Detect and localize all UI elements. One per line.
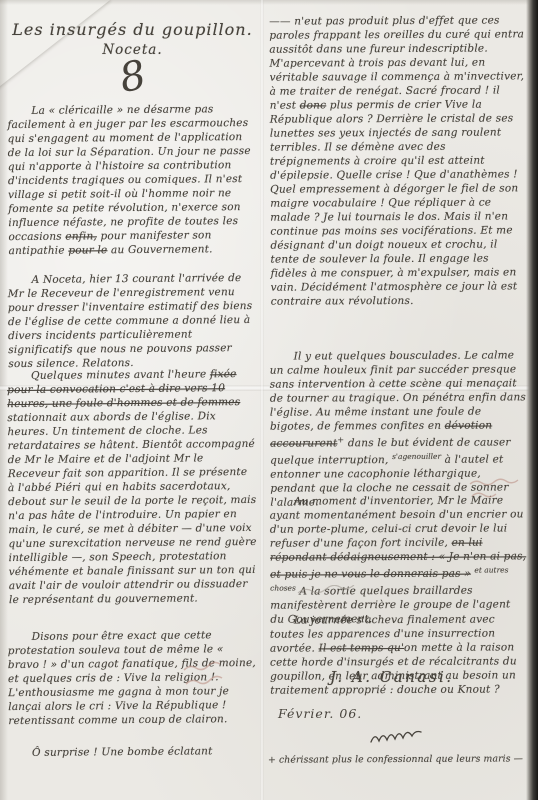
paragraph-text: La « cléricaille » ne désarme pas facile… <box>7 103 250 243</box>
paragraph-text: Au moment d'inventorier, Mr le Maire aya… <box>270 494 524 549</box>
crease-vertical <box>260 0 264 800</box>
paragraph-text: Quelques minutes avant l'heure <box>31 368 210 382</box>
paragraph-text: plus permis de crier Vive la République … <box>270 99 519 308</box>
struck-text: enfin, <box>65 230 97 242</box>
scan-edge-shadow <box>526 0 538 800</box>
manuscript-page: Les insurgés du goupillon. Noceta. 8 La … <box>0 0 538 800</box>
left-paragraph-5: Ô surprise ! Une bombe éclatant <box>8 744 257 760</box>
signature: J. A. Canasi. <box>330 668 510 686</box>
right-paragraph-1: —— n'eut pas produit plus d'effet que ce… <box>269 13 528 308</box>
flourish-squiggle-icon <box>368 730 430 746</box>
paragraph-text: stationnait aux abords de l'église. Dix … <box>7 410 256 606</box>
footnote: + chérissant plus le confessionnal que l… <box>268 752 532 767</box>
ornament-eight: 8 <box>116 54 150 100</box>
left-paragraph-2: A Noceta, hier 13 courant l'arrivée de M… <box>8 271 258 371</box>
pencil-annotation-icon <box>182 660 234 694</box>
struck-text: donc <box>300 99 327 111</box>
right-paragraph-3: Au moment d'inventorier, Mr le Maire aya… <box>270 493 528 626</box>
interline-insertion: s'agenouiller <box>392 452 441 461</box>
struck-text: Il est temps qu' <box>319 642 404 654</box>
date-line: Février. 06. <box>278 706 398 721</box>
page-title: Les insurgés du goupillon. <box>8 20 257 39</box>
struck-text: pour le <box>68 244 107 256</box>
pencil-annotation-icon <box>468 476 528 502</box>
continuation-dash: —— <box>269 16 290 28</box>
page-top-edge <box>0 0 538 5</box>
left-paragraph-3: Quelques minutes avant l'heure fixée pou… <box>7 367 258 607</box>
ornament-figure: 8 <box>8 56 257 98</box>
pencil-annotation-icon <box>296 585 366 599</box>
paragraph-text: au Gouvernement. <box>107 243 212 256</box>
paragraph-text: n'eut pas produit plus d'effet que ces p… <box>269 14 524 111</box>
left-paragraph-1: La « cléricaille » ne désarme pas facile… <box>7 102 257 258</box>
